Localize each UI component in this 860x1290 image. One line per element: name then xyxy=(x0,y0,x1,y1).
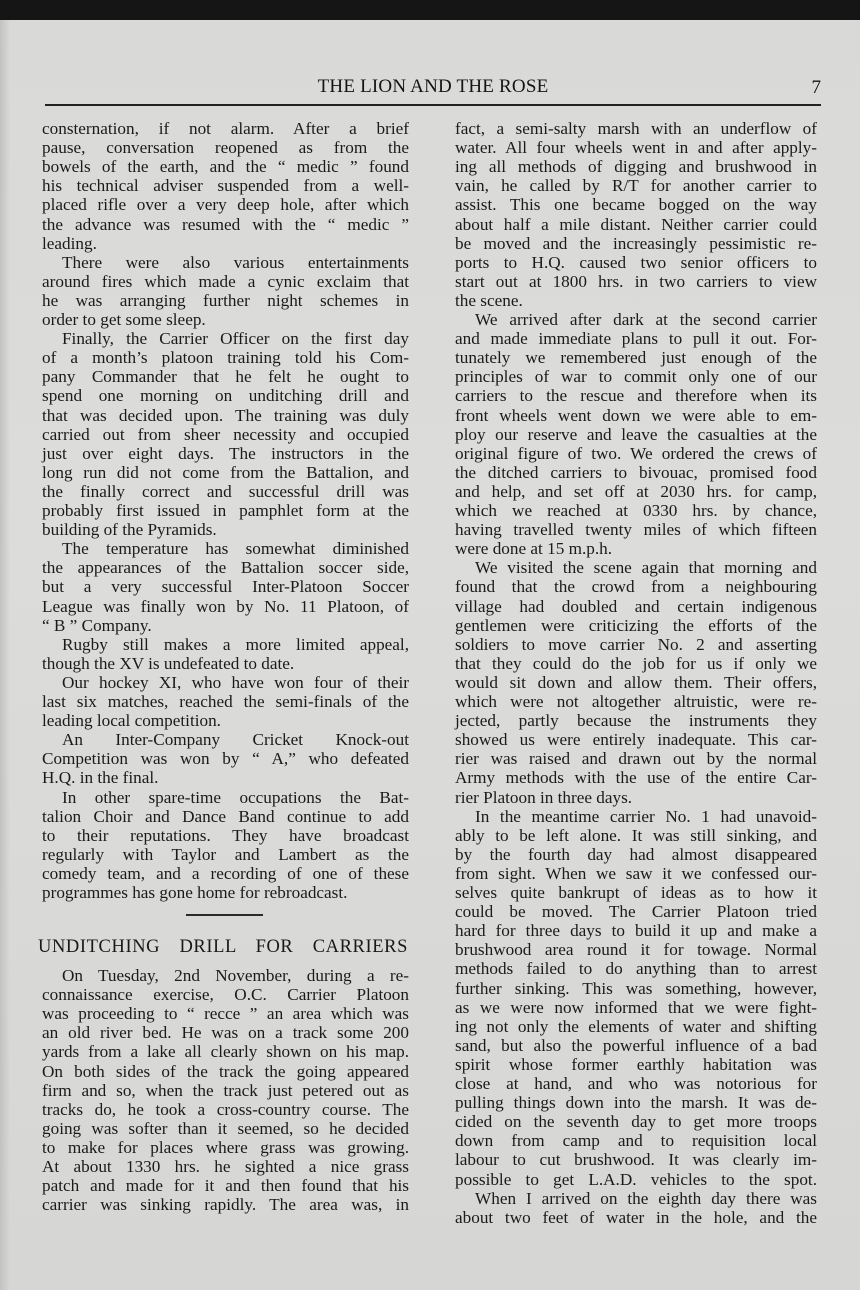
text-line: programmes has gone home for rebroadcast… xyxy=(42,883,409,902)
text-line: leading. xyxy=(42,234,409,253)
text-line: rier Platoon in three days. xyxy=(455,788,817,807)
text-line: cided on the seventh day to get more tro… xyxy=(455,1112,817,1131)
text-line: gentlemen were criticizing the efforts o… xyxy=(455,616,817,635)
page-number: 7 xyxy=(812,77,822,99)
text-line: fact, a semi-salty marsh with an underfl… xyxy=(455,119,817,138)
running-title: THE LION AND THE ROSE xyxy=(45,76,821,98)
text-line: An Inter-Company Cricket Knock-out xyxy=(42,730,409,749)
text-line: sand, but also the powerful influence of… xyxy=(455,1036,817,1055)
text-line: ing not only the elements of water and s… xyxy=(455,1017,817,1036)
text-line: water. All four wheels went in and after… xyxy=(455,138,817,157)
text-line: the scene. xyxy=(455,291,817,310)
text-line: Finally, the Carrier Officer on the firs… xyxy=(42,329,409,348)
text-line: The temperature has somewhat diminished xyxy=(42,539,409,558)
text-line: the finally correct and successful drill… xyxy=(42,482,409,501)
text-line: of a month’s platoon training told his C… xyxy=(42,348,409,367)
text-line: Rugby still makes a more limited appeal, xyxy=(42,635,409,654)
text-line: that they could do the job for us if onl… xyxy=(455,654,817,673)
text-line: his technical adviser suspended from a w… xyxy=(42,176,409,195)
text-line: assist. This one became bogged on the wa… xyxy=(455,195,817,214)
text-line: would sit down and allow them. Their off… xyxy=(455,673,817,692)
text-line: about two feet of water in the hole, and… xyxy=(455,1208,817,1227)
text-line: connaissance exercise, O.C. Carrier Plat… xyxy=(42,985,409,1004)
text-line: firm and so, when the track just petered… xyxy=(42,1081,409,1100)
text-line: “ B ” Company. xyxy=(42,616,409,635)
text-line: There were also various entertainments xyxy=(42,253,409,272)
text-line: original figure of two. We ordered the c… xyxy=(455,444,817,463)
text-line: found that the crowd from a neighbouring xyxy=(455,577,817,596)
text-line: carried out from sheer necessity and occ… xyxy=(42,425,409,444)
text-line: patch and made for it and then found tha… xyxy=(42,1176,409,1195)
text-line: talion Choir and Dance Band continue to … xyxy=(42,807,409,826)
text-line: brushwood area round it for towage. Norm… xyxy=(455,940,817,959)
text-line: consternation, if not alarm. After a bri… xyxy=(42,119,409,138)
text-line: having travelled twenty miles of which f… xyxy=(455,520,817,539)
text-line: At about 1330 hrs. he sighted a nice gra… xyxy=(42,1157,409,1176)
text-line: In the meantime carrier No. 1 had unavoi… xyxy=(455,807,817,826)
text-line: leading local competition. xyxy=(42,711,409,730)
text-line: was proceeding to “ recce ” an area whic… xyxy=(42,1004,409,1023)
text-line: soldiers to move carrier No. 2 and asser… xyxy=(455,635,817,654)
text-line: placed rifle over a very deep hole, afte… xyxy=(42,195,409,214)
text-line: possible to get L.A.D. vehicles to the s… xyxy=(455,1170,817,1189)
text-line: labour to cut brushwood. It was clearly … xyxy=(455,1150,817,1169)
text-line: which were not altogether altruistic, we… xyxy=(455,692,817,711)
text-line: Competition was won by “ A,” who defeate… xyxy=(42,749,409,768)
text-line: League was finally won by No. 11 Platoon… xyxy=(42,597,409,616)
text-line: tracks do, he took a cross-country cours… xyxy=(42,1100,409,1119)
text-line: carrier was sinking rapidly. The area wa… xyxy=(42,1195,409,1214)
text-line: pulling things down into the marsh. It w… xyxy=(455,1093,817,1112)
text-line: probably first issued in pamphlet form a… xyxy=(42,501,409,520)
text-line: ing all methods of digging and brushwood… xyxy=(455,157,817,176)
text-line: hard for three days to build it up and m… xyxy=(455,921,817,940)
text-line: vain, he called by R/T for another carri… xyxy=(455,176,817,195)
text-line: and help, and set off at 2030 hrs. for c… xyxy=(455,482,817,501)
text-line: front wheels went down we were able to e… xyxy=(455,406,817,425)
text-line: just over eight days. The instructors in… xyxy=(42,444,409,463)
text-line: building of the Pyramids. xyxy=(42,520,409,539)
text-line: to their reputations. They have broadcas… xyxy=(42,826,409,845)
text-line: We visited the scene again that morning … xyxy=(455,558,817,577)
text-line: regularly with Taylor and Lambert as the xyxy=(42,845,409,864)
text-line: ports to H.Q. caused two senior officers… xyxy=(455,253,817,272)
text-line: spend one morning on unditching drill an… xyxy=(42,386,409,405)
text-line: from sight. When we saw it we confessed … xyxy=(455,864,817,883)
text-line: spirit whose former earthly habitation w… xyxy=(455,1055,817,1074)
text-line: close at hand, and who was notorious for xyxy=(455,1074,817,1093)
section-divider xyxy=(186,914,263,916)
text-line: the appearances of the Battalion soccer … xyxy=(42,558,409,577)
text-line: could be moved. The Carrier Platoon trie… xyxy=(455,902,817,921)
text-line: start out at 1800 hrs. in two carriers t… xyxy=(455,272,817,291)
text-line: ably to be left alone. It was still sink… xyxy=(455,826,817,845)
text-line: the ditched carriers to bivouac, promise… xyxy=(455,463,817,482)
text-line: he was arranging further night schemes i… xyxy=(42,291,409,310)
text-line: by the fourth day had almost disappeared xyxy=(455,845,817,864)
text-line: pause, conversation reopened as from the xyxy=(42,138,409,157)
text-line: yards from a lake all clearly shown on h… xyxy=(42,1042,409,1061)
text-line: and made immediate plans to pull it out.… xyxy=(455,329,817,348)
text-line: We arrived after dark at the second carr… xyxy=(455,310,817,329)
text-line: an old river bed. He was on a track some… xyxy=(42,1023,409,1042)
text-line: order to get some sleep. xyxy=(42,310,409,329)
text-line: On both sides of the track the going app… xyxy=(42,1062,409,1081)
text-line: selves quite bankrupt of ideas as to how… xyxy=(455,883,817,902)
text-line: about half a mile distant. Neither carri… xyxy=(455,215,817,234)
text-line: carriers to the rescue and therefore whe… xyxy=(455,386,817,405)
header-rule xyxy=(45,104,821,106)
scan-top-border xyxy=(0,0,860,22)
text-line: pany Commander that he felt he ought to xyxy=(42,367,409,386)
text-line: last six matches, reached the semi-final… xyxy=(42,692,409,711)
text-line: which we reached at 0330 hrs. by chance, xyxy=(455,501,817,520)
text-line: bowels of the earth, and the “ medic ” f… xyxy=(42,157,409,176)
text-line: H.Q. in the final. xyxy=(42,768,409,787)
text-line: methods failed to do anything than to ar… xyxy=(455,959,817,978)
text-line: When I arrived on the eighth day there w… xyxy=(455,1189,817,1208)
text-line: were done at 15 m.p.h. xyxy=(455,539,817,558)
text-line: Army methods with the use of the entire … xyxy=(455,768,817,787)
text-line: comedy team, and a recording of one of t… xyxy=(42,864,409,883)
text-line: On Tuesday, 2nd November, during a re- xyxy=(42,966,409,985)
text-line: down from camp and to requisition local xyxy=(455,1131,817,1150)
text-line: around fires which made a cynic exclaim … xyxy=(42,272,409,291)
text-line: rier was raised and drawn out by the nor… xyxy=(455,749,817,768)
text-line: principles of war to commit only one of … xyxy=(455,367,817,386)
text-line: further sinking. This was something, how… xyxy=(455,979,817,998)
text-line: to make for places where grass was growi… xyxy=(42,1138,409,1157)
text-line: Our hockey XI, who have won four of thei… xyxy=(42,673,409,692)
section-heading: UNDITCHING DRILL FOR CARRIERS xyxy=(38,936,408,958)
text-line: the advance was resumed with the “ medic… xyxy=(42,215,409,234)
text-line: jected, partly because the instruments t… xyxy=(455,711,817,730)
text-line: tunately we remembered just enough of th… xyxy=(455,348,817,367)
text-line: be moved and the increasingly pessimisti… xyxy=(455,234,817,253)
text-line: In other spare-time occupations the Bat- xyxy=(42,788,409,807)
text-line: but a very successful Inter-Platoon Socc… xyxy=(42,577,409,596)
text-line: long run did not come from the Battalion… xyxy=(42,463,409,482)
text-line: showed us were entirely inadequate. This… xyxy=(455,730,817,749)
text-line: going was softer than it seemed, so he d… xyxy=(42,1119,409,1138)
text-line: that was decided upon. The training was … xyxy=(42,406,409,425)
page-header: THE LION AND THE ROSE 7 xyxy=(45,74,821,118)
text-line: as we were now informed that we were fig… xyxy=(455,998,817,1017)
text-line: though the XV is undefeated to date. xyxy=(42,654,409,673)
text-line: ploy our reserve and leave the casualtie… xyxy=(455,425,817,444)
text-line: village had doubled and certain indigeno… xyxy=(455,597,817,616)
